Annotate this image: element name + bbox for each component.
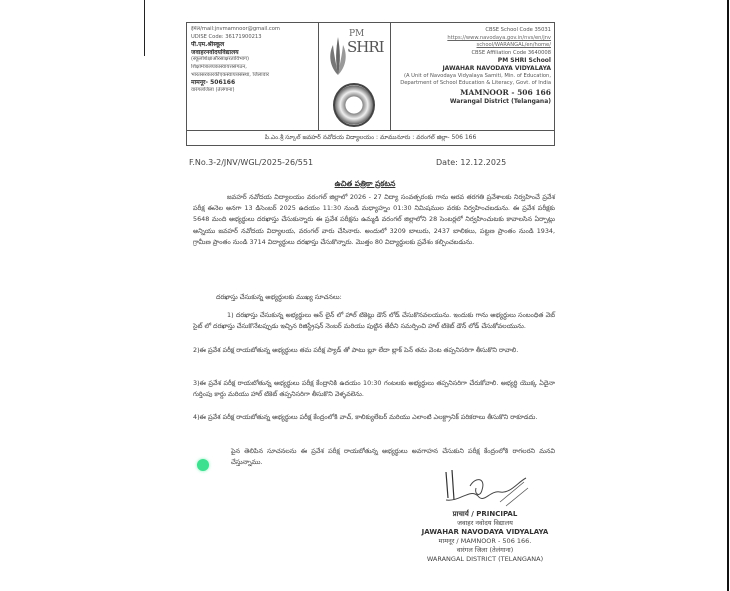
- letter-date: Date: 12.12.2025: [436, 158, 506, 167]
- stamp-title: प्राचार्य / PRINCIPAL: [410, 510, 560, 519]
- hindi-line-5: भारतसरकारकीएकस्वायत्तसंस्था, जिलावार: [191, 72, 314, 80]
- stamp-district: WARANGAL DISTRICT (TELANGANA): [410, 555, 560, 564]
- press-release-title: ఉచిత పత్రికా ప్రకటన: [0, 179, 730, 190]
- file-number: F.No.3-2/JNV/WGL/2025-26/551: [189, 158, 313, 167]
- hindi-district: वारंगलजिला (तेलंगाना): [191, 87, 314, 95]
- green-marker-dot: [197, 459, 209, 471]
- website-link-2[interactable]: school/WARANGAL/en/home/: [393, 42, 551, 50]
- letterhead-logo-block: PM SHRI: [319, 23, 391, 130]
- main-paragraph: జవహర్ నవోదయ విద్యాలయం వరంగల్ జిల్లాలో 20…: [193, 192, 555, 248]
- stamp-place: मामनूर / MAMNOOR - 506 166.: [410, 537, 560, 546]
- principal-stamp: प्राचार्य / PRINCIPAL जवाहर नवोदय विद्या…: [410, 510, 560, 564]
- hindi-line-4: शिक्षामंत्रालयकास्वायत्तसंगठन,: [191, 64, 314, 72]
- letterhead-hindi-block: ईमेल/mail:jnvmamnoor@gmail.com UDISE Cod…: [187, 23, 319, 130]
- instruction-2: 2)ఈ ప్రవేశ పరీక్ష రాయబోతున్న అభ్యర్థులు …: [193, 345, 555, 356]
- stamp-hindi-name: जवाहर नवोदय विद्यालय: [410, 519, 560, 528]
- nvs-line-1: (A Unit of Navodaya Vidyalaya Samiti, Mi…: [393, 73, 551, 81]
- instruction-4: 4)ఈ ప్రవేశ పరీక్ష రాయబోతున్న అభ్యర్థులు …: [193, 412, 555, 423]
- navodaya-emblem-icon: [333, 83, 375, 127]
- cbse-affiliation-code: CBSE Affiliation Code 3640008: [393, 50, 551, 58]
- email-text: ईमेल/mail:jnvmamnoor@gmail.com: [191, 26, 314, 34]
- hindi-pin: मामनूर- 506166: [191, 79, 314, 87]
- instruction-3: 3)ఈ ప్రవేశ పరీక్ష రాయబోతున్న అభ్యర్థులు …: [193, 378, 555, 400]
- stamp-school-name: JAWAHAR NAVODAYA VIDYALAYA: [410, 528, 560, 537]
- leaf-logo-icon: [327, 33, 349, 77]
- udise-code: UDISE Code: 36171900213: [191, 34, 314, 42]
- letterhead-telugu-footer: పి.ఎం.శ్రీ స్కూల్ జవహర్ నవోదయ విద్యాలయం …: [187, 130, 554, 146]
- cbse-school-code: CBSE School Code 35031: [393, 27, 551, 35]
- instruction-1: 1) దరఖాస్తు చేసుకున్న అభ్యర్థులు ఆన్ లైన…: [193, 310, 555, 332]
- principal-signature-icon: [440, 468, 530, 508]
- pm-shri-school: PM SHRI School: [393, 57, 551, 65]
- hindi-line-1: पी.एम.श्रीस्कूल: [191, 41, 314, 49]
- school-name: JAWAHAR NAVODAYA VIDYALAYA: [393, 65, 551, 73]
- website-link-1[interactable]: https://www.navodaya.gov.in/nvs/en/jnv: [393, 35, 551, 43]
- shri-text: SHRI: [347, 39, 384, 55]
- letterhead-english-block: CBSE School Code 35031 https://www.navod…: [391, 23, 555, 130]
- page-edge-line: [727, 0, 729, 591]
- scan-edge-mark: [144, 0, 145, 56]
- stamp-hindi-district: वारंगल जिला (तेलंगाना): [410, 546, 560, 555]
- hindi-line-2: जवाहरनवोदयविद्यालय: [191, 49, 314, 57]
- letterhead: ईमेल/mail:jnvmamnoor@gmail.com UDISE Cod…: [186, 22, 555, 146]
- closing-paragraph: పైన తెలిపిన సూచనలను ఈ ప్రవేశ పరీక్ష రాయబ…: [231, 446, 555, 468]
- instructions-heading: దరఖాస్తు చేసుకున్న అభ్యర్థులకు ముఖ్య సూచ…: [216, 292, 578, 303]
- pm-shri-logo: PM SHRI: [327, 29, 383, 81]
- hindi-line-3: (स्कूलशिक्षाऔरसाक्षरताविभाग): [191, 56, 314, 64]
- nvs-line-2: Department of School Education & Literac…: [393, 80, 551, 88]
- district-name: Warangal District (Telangana): [393, 98, 551, 106]
- place-pin: MAMNOOR - 506 166: [393, 88, 551, 98]
